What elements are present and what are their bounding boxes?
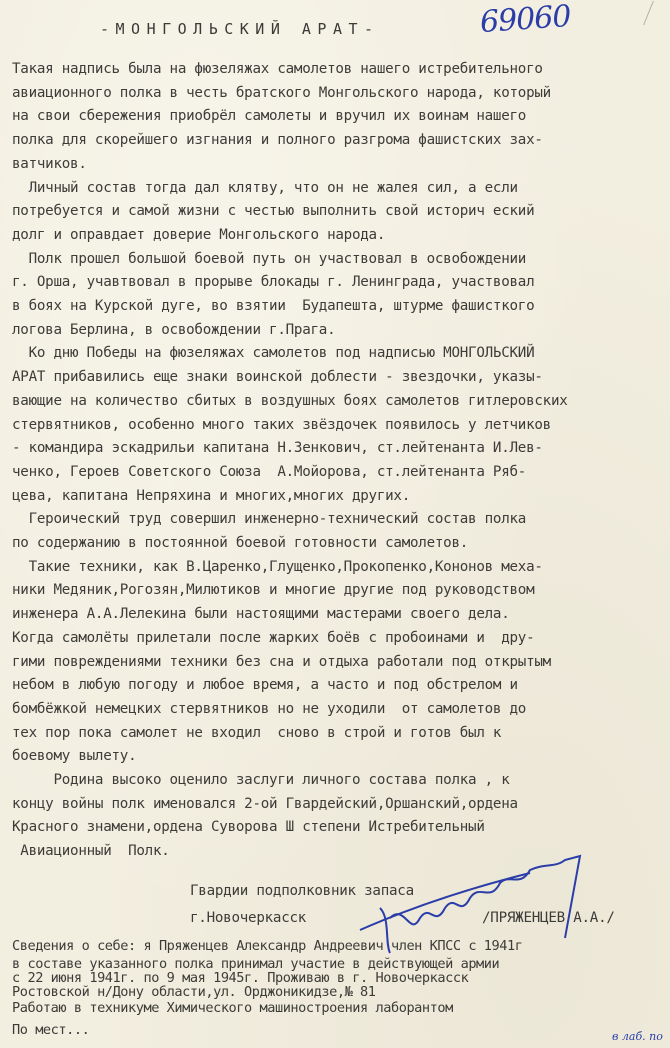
body-line: долг и оправдает доверие Монгольского на… [12,228,385,242]
body-line: цева, капитана Непряхина и многих,многих… [12,489,410,503]
body-line: Такие техники, как В.Царенко,Глущенко,Пр… [12,560,543,574]
body-line: на свои сбережения приобрёл самолеты и в… [12,109,526,123]
body-line: ватчиков. [12,157,87,171]
body-line: ченко, Героев Советского Союза А.Мойоров… [12,465,526,479]
document-title: -МОНГОЛЬСКИЙ АРАТ- [100,20,380,38]
body-line: тех пор пока самолет не входил сново в с… [12,726,501,740]
body-line: полка для скорейшего изгнания и полного … [12,133,543,147]
about-line: Сведения о себе: я Пряженцев Александр А… [12,940,522,954]
body-line: АРАТ прибавились еще знаки воинской добл… [12,370,543,384]
body-line: небом в любую погоду и любое время, а ча… [12,678,518,692]
signature-city: г.Новочеркасск [190,911,306,925]
body-line: г. Орша, учавтвовал в прорыве блокады г.… [12,275,534,289]
body-line: Родина высоко оценило заслуги личного со… [12,773,510,787]
handwritten-margin-note: в лаб. по [612,1030,663,1043]
body-line: Ко дню Победы на фюзеляжах самолетов под… [12,346,534,360]
body-line: гими повреждениями техники без сна и отд… [12,655,551,669]
body-line: авиационного полка в честь братского Мон… [12,86,551,100]
body-line: Авиационный Полк. [12,844,170,858]
body-line: Личный состав тогда дал клятву, что он н… [12,181,518,195]
body-line: логова Берлина, в освобождении г.Прага. [12,323,335,337]
about-line: Ростовской н/Дону области,ул. Орджоникид… [12,986,376,1000]
body-line: - командира эскадрильи капитана Н.Зенков… [12,441,543,455]
body-line: потребуется и самой жизни с честью выпол… [12,204,534,218]
body-line: ники Медяник,Рогозян,Милютиков и многие … [12,583,534,597]
about-line: Работаю в техникуме Химического машиност… [12,1002,453,1016]
body-line: инженера А.А.Лелекина были настоящими ма… [12,607,510,621]
body-line: Героический труд совершил инженерно-техн… [12,512,526,526]
archive-number-handwritten: 69060 [479,0,572,40]
body-line: в боях на Курской дуге, во взятии Будапе… [12,299,534,313]
body-line: бомбёжкой немецких стервятников но не ух… [12,702,526,716]
body-line: Когда самолёты прилетали после жарких бо… [12,631,534,645]
body-line: по содержанию в постоянной боевой готовн… [12,536,468,550]
body-line: Красного знамени,ордена Суворова Ш степе… [12,820,485,834]
body-line: вающие на количество сбитых в воздушных … [12,394,568,408]
body-line: стервятников, особенно много таких звёзд… [12,418,551,432]
body-line: Полк прошел большой боевой путь он участ… [12,252,526,266]
body-line: концу войны полк именовался 2-ой Гвардей… [12,797,518,811]
body-line: Такая надпись была на фюзеляжах самолето… [12,62,543,76]
about-line: По мест... [12,1024,89,1038]
body-line: боевому вылету. [12,749,136,763]
